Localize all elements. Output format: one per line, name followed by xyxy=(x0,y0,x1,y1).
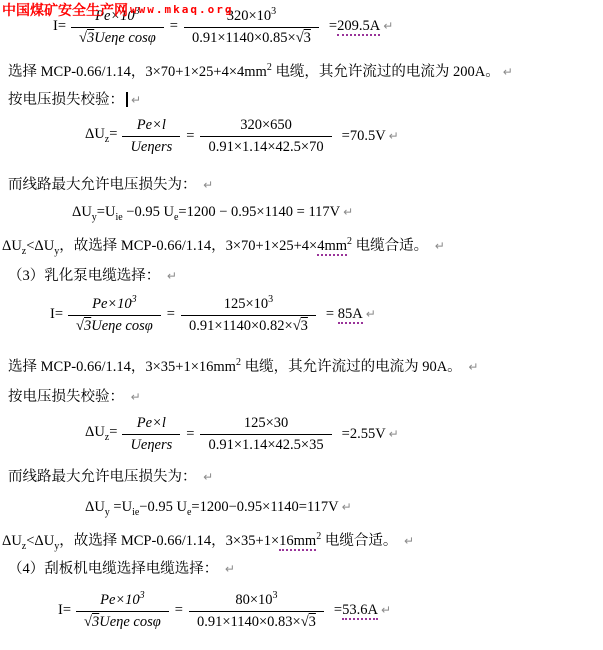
text-run: √ xyxy=(79,30,87,46)
text-run: Pe×l xyxy=(137,415,166,431)
formula-result: =70.5V↵ xyxy=(342,128,399,145)
paragraph-mark: ↵ xyxy=(131,93,141,107)
text-run: 选择 MCP-0.66/1.14，3×70+1×25+4×4mm xyxy=(8,64,267,80)
underlined-value: 85A xyxy=(338,306,363,324)
underlined-value: 16mm xyxy=(279,533,316,551)
formula-voltage-loss-2: ΔUz=Pe×lUeηers=125×300.91×1.14×42.5×35=2… xyxy=(85,415,399,453)
document-page: 中国煤矿安全生产网 www.mkaq.org I=Pe×103√3Ueηe co… xyxy=(0,0,603,650)
text-run: 选择 MCP-0.66/1.14，3×35+1×16mm xyxy=(8,359,236,375)
text-run: I= xyxy=(53,18,66,34)
superscript: 3 xyxy=(273,590,278,601)
denominator: 0.91×1.14×42.5×70 xyxy=(200,137,331,156)
text-run: 125×10 xyxy=(224,296,268,312)
line-voltage-loss-check-2: 按电压损失校验： ↵ xyxy=(8,388,141,407)
text-cursor xyxy=(126,92,128,107)
subscript: ie xyxy=(115,212,122,223)
text-run: 2.55V xyxy=(350,426,386,442)
text-run: I= xyxy=(50,306,63,322)
formula-scraper-current: I= Pe×103√3Ueηe cosφ=80×1030.91×1140×0.8… xyxy=(58,590,391,630)
formula-voltage-loss-1: ΔUz=Pe×lUeηers=320×6500.91×1.14×42.5×70=… xyxy=(85,117,399,155)
paragraph-mark: ↵ xyxy=(389,427,399,441)
denominator: √3Ueηe cosφ xyxy=(76,612,169,631)
radicand: 3 xyxy=(309,614,316,630)
superscript: 3 xyxy=(271,6,276,17)
text-run: √ xyxy=(76,318,84,334)
line-conclusion-1: ΔUz<ΔUy，故选择 MCP-0.66/1.14，3×70+1×25+4×4m… xyxy=(2,235,445,258)
denominator: 0.91×1140×0.83×√3 xyxy=(189,612,324,631)
text-run: Pe×l xyxy=(137,117,166,133)
text-run: ，故选择 MCP-0.66/1.14，3×35+1× xyxy=(59,533,279,549)
numerator: Pe×l xyxy=(122,415,180,435)
underlined-value: 53.6A xyxy=(342,602,378,620)
text-run: −0.95 U xyxy=(123,204,174,220)
text-run: 0.91×1140×0.85× xyxy=(192,30,296,46)
text-run: ΔU xyxy=(85,126,105,142)
text-run: ΔU xyxy=(72,204,92,220)
numerator: Pe×103 xyxy=(76,590,169,612)
text-run: 按电压损失校验： xyxy=(8,389,128,405)
text-run: <ΔU xyxy=(26,238,54,254)
text-run: （4）刮板机电缆选择电缆选择： xyxy=(8,561,222,577)
text-run: √ xyxy=(293,318,301,334)
text-run: √ xyxy=(84,614,92,630)
paragraph-mark: ↵ xyxy=(203,178,213,192)
underlined-value: 4mm xyxy=(317,238,347,256)
text-run: <ΔU xyxy=(26,533,54,549)
watermark-url: www.mkaq.org xyxy=(130,3,233,16)
text-run: I= xyxy=(58,602,71,618)
numerator: 320×650 xyxy=(200,117,331,137)
text-run: Ueηers xyxy=(130,139,172,155)
text-run: = xyxy=(342,128,350,144)
text-run: Ueηers xyxy=(130,437,172,453)
paragraph-mark: ↵ xyxy=(225,562,235,576)
underlined-value: 209.5A xyxy=(337,18,380,36)
text-run: 0.91×1140×0.83× xyxy=(197,614,301,630)
text-run: 而线路最大允许电压损失为： xyxy=(8,177,200,193)
denominator: Ueηers xyxy=(122,137,180,156)
line-delta-uy-1: ΔUy=Uie −0.95 Ue=1200 − 0.95×1140 = 117V… xyxy=(72,203,353,224)
text-run: ΔU xyxy=(2,533,22,549)
paragraph-mark: ↵ xyxy=(435,239,445,253)
formula-emulsion-pump-current: I=Pe×103√3Ueηe cosφ=125×1030.91×1140×0.8… xyxy=(50,294,376,334)
paragraph-mark: ↵ xyxy=(404,534,414,548)
formula-result: =53.6A↵ xyxy=(334,602,391,619)
formula-lhs: ΔUz= xyxy=(85,126,117,146)
fraction: Pe×103√3Ueηe cosφ xyxy=(76,590,169,630)
text-run: 按电压损失校验： xyxy=(8,92,124,108)
paragraph-mark: ↵ xyxy=(381,603,391,617)
text-run: Ueηe cosφ xyxy=(94,30,156,46)
text-run: ΔU xyxy=(2,238,22,254)
radicand: 3 xyxy=(304,30,311,46)
text-run: √ xyxy=(296,30,304,46)
paragraph-mark: ↵ xyxy=(342,500,352,514)
denominator: √3Ueηe cosφ xyxy=(68,316,161,335)
fraction: Pe×103√3Ueηe cosφ xyxy=(68,294,161,334)
fraction: Pe×lUeηers xyxy=(122,117,180,155)
equals-sign: = xyxy=(170,18,178,35)
paragraph-mark: ↵ xyxy=(167,269,177,283)
formula-result: = 85A↵ xyxy=(326,306,376,323)
text-run: =U xyxy=(110,499,132,515)
fraction: 125×1030.91×1140×0.82×√3 xyxy=(181,294,316,334)
line-delta-uy-2: ΔUy =Uie−0.95 Ue=1200−0.95×1140=117V↵ xyxy=(85,498,352,519)
superscript: 3 xyxy=(140,590,145,601)
fraction: 125×300.91×1.14×42.5×35 xyxy=(200,415,331,453)
line-max-allowed-loss-1: 而线路最大允许电压损失为： ↵ xyxy=(8,176,213,195)
superscript: 3 xyxy=(132,294,137,305)
text-run: 0.91×1.14×42.5×35 xyxy=(208,437,323,453)
text-run: ΔU xyxy=(85,424,105,440)
text-run: 320×650 xyxy=(240,117,292,133)
watermark-site-name: 中国煤矿安全生产网 xyxy=(2,0,128,20)
denominator: 0.91×1140×0.82×√3 xyxy=(181,316,316,335)
fraction: 320×6500.91×1.14×42.5×70 xyxy=(200,117,331,155)
text-run: = xyxy=(342,426,350,442)
formula-lhs: I= xyxy=(53,18,66,35)
paragraph-mark: ↵ xyxy=(503,65,513,79)
denominator: 0.91×1140×0.85×√3 xyxy=(184,28,319,47)
radicand: 3 xyxy=(301,318,308,334)
text-run: 0.91×1.14×42.5×70 xyxy=(208,139,323,155)
text-run: 电缆，其允许流过的电流为 90A。 xyxy=(241,359,465,375)
formula-lhs: I= xyxy=(58,602,71,619)
paragraph-mark: ↵ xyxy=(468,360,478,374)
text-run: = xyxy=(109,126,117,142)
numerator: 125×103 xyxy=(181,294,316,316)
text-run: Pe×10 xyxy=(100,592,140,608)
equals-sign: = xyxy=(175,602,183,619)
text-run: 125×30 xyxy=(244,415,288,431)
formula-result: =2.55V↵ xyxy=(342,426,399,443)
line-cable-selected-200A: 选择 MCP-0.66/1.14，3×70+1×25+4×4mm2 电缆，其允许… xyxy=(8,61,513,82)
line-heading-emulsion-pump: （3）乳化泵电缆选择： ↵ xyxy=(8,267,177,286)
text-run: ，故选择 MCP-0.66/1.14，3×70+1×25+4× xyxy=(59,238,317,254)
equals-sign: = xyxy=(186,128,194,145)
line-heading-scraper-conveyor: （4）刮板机电缆选择电缆选择： ↵ xyxy=(8,560,235,579)
text-run: （3）乳化泵电缆选择： xyxy=(8,268,164,284)
text-run: =1200−0.95×1140=117V xyxy=(191,499,338,515)
text-run: = xyxy=(326,306,338,322)
formula-lhs: I= xyxy=(50,306,63,323)
line-max-allowed-loss-2: 而线路最大允许电压损失为： ↵ xyxy=(8,468,213,487)
text-run: 0.91×1140×0.82× xyxy=(189,318,293,334)
text-run: =U xyxy=(97,204,116,220)
text-run: 而线路最大允许电压损失为： xyxy=(8,469,200,485)
formula-lhs: ΔUz= xyxy=(85,424,117,444)
paragraph-mark: ↵ xyxy=(131,390,141,404)
paragraph-mark: ↵ xyxy=(203,470,213,484)
text-run: = xyxy=(329,18,337,34)
text-run: 电缆，其允许流过的电流为 200A。 xyxy=(272,64,500,80)
line-cable-selected-90A: 选择 MCP-0.66/1.14，3×35+1×16mm2 电缆，其允许流过的电… xyxy=(8,356,478,377)
fraction: Pe×lUeηers xyxy=(122,415,180,453)
text-run: −0.95 U xyxy=(139,499,187,515)
line-conclusion-2: ΔUz<ΔUy，故选择 MCP-0.66/1.14，3×35+1×16mm2 电… xyxy=(2,530,414,553)
text-run: ΔU xyxy=(85,499,105,515)
fraction: 80×1030.91×1140×0.83×√3 xyxy=(189,590,324,630)
denominator: √3Ueηe cosφ xyxy=(71,28,164,47)
denominator: Ueηers xyxy=(122,435,180,454)
denominator: 0.91×1.14×42.5×35 xyxy=(200,435,331,454)
superscript: 3 xyxy=(268,294,273,305)
line-voltage-loss-check-1: 按电压损失校验：↵ xyxy=(8,91,141,110)
text-run: Pe×10 xyxy=(92,296,132,312)
watermark: 中国煤矿安全生产网 www.mkaq.org xyxy=(2,0,233,20)
numerator: 80×103 xyxy=(189,590,324,612)
paragraph-mark: ↵ xyxy=(383,19,393,33)
text-run: √ xyxy=(301,614,309,630)
text-run: = xyxy=(109,424,117,440)
paragraph-mark: ↵ xyxy=(389,129,399,143)
text-run: Ueηe cosφ xyxy=(99,614,161,630)
equals-sign: = xyxy=(167,306,175,323)
text-run: 电缆合适。 xyxy=(321,533,401,549)
paragraph-mark: ↵ xyxy=(343,205,353,219)
formula-result: =209.5A↵ xyxy=(329,18,393,35)
numerator: 125×30 xyxy=(200,415,331,435)
text-run: Ueηe cosφ xyxy=(91,318,153,334)
text-run: 电缆合适。 xyxy=(352,238,432,254)
equals-sign: = xyxy=(186,426,194,443)
numerator: Pe×l xyxy=(122,117,180,137)
text-run: 70.5V xyxy=(350,128,386,144)
text-run: = xyxy=(334,602,342,618)
numerator: Pe×103 xyxy=(68,294,161,316)
text-run: 80×10 xyxy=(235,592,272,608)
paragraph-mark: ↵ xyxy=(366,307,376,321)
text-run: =1200 − 0.95×1140 = 117V xyxy=(178,204,340,220)
